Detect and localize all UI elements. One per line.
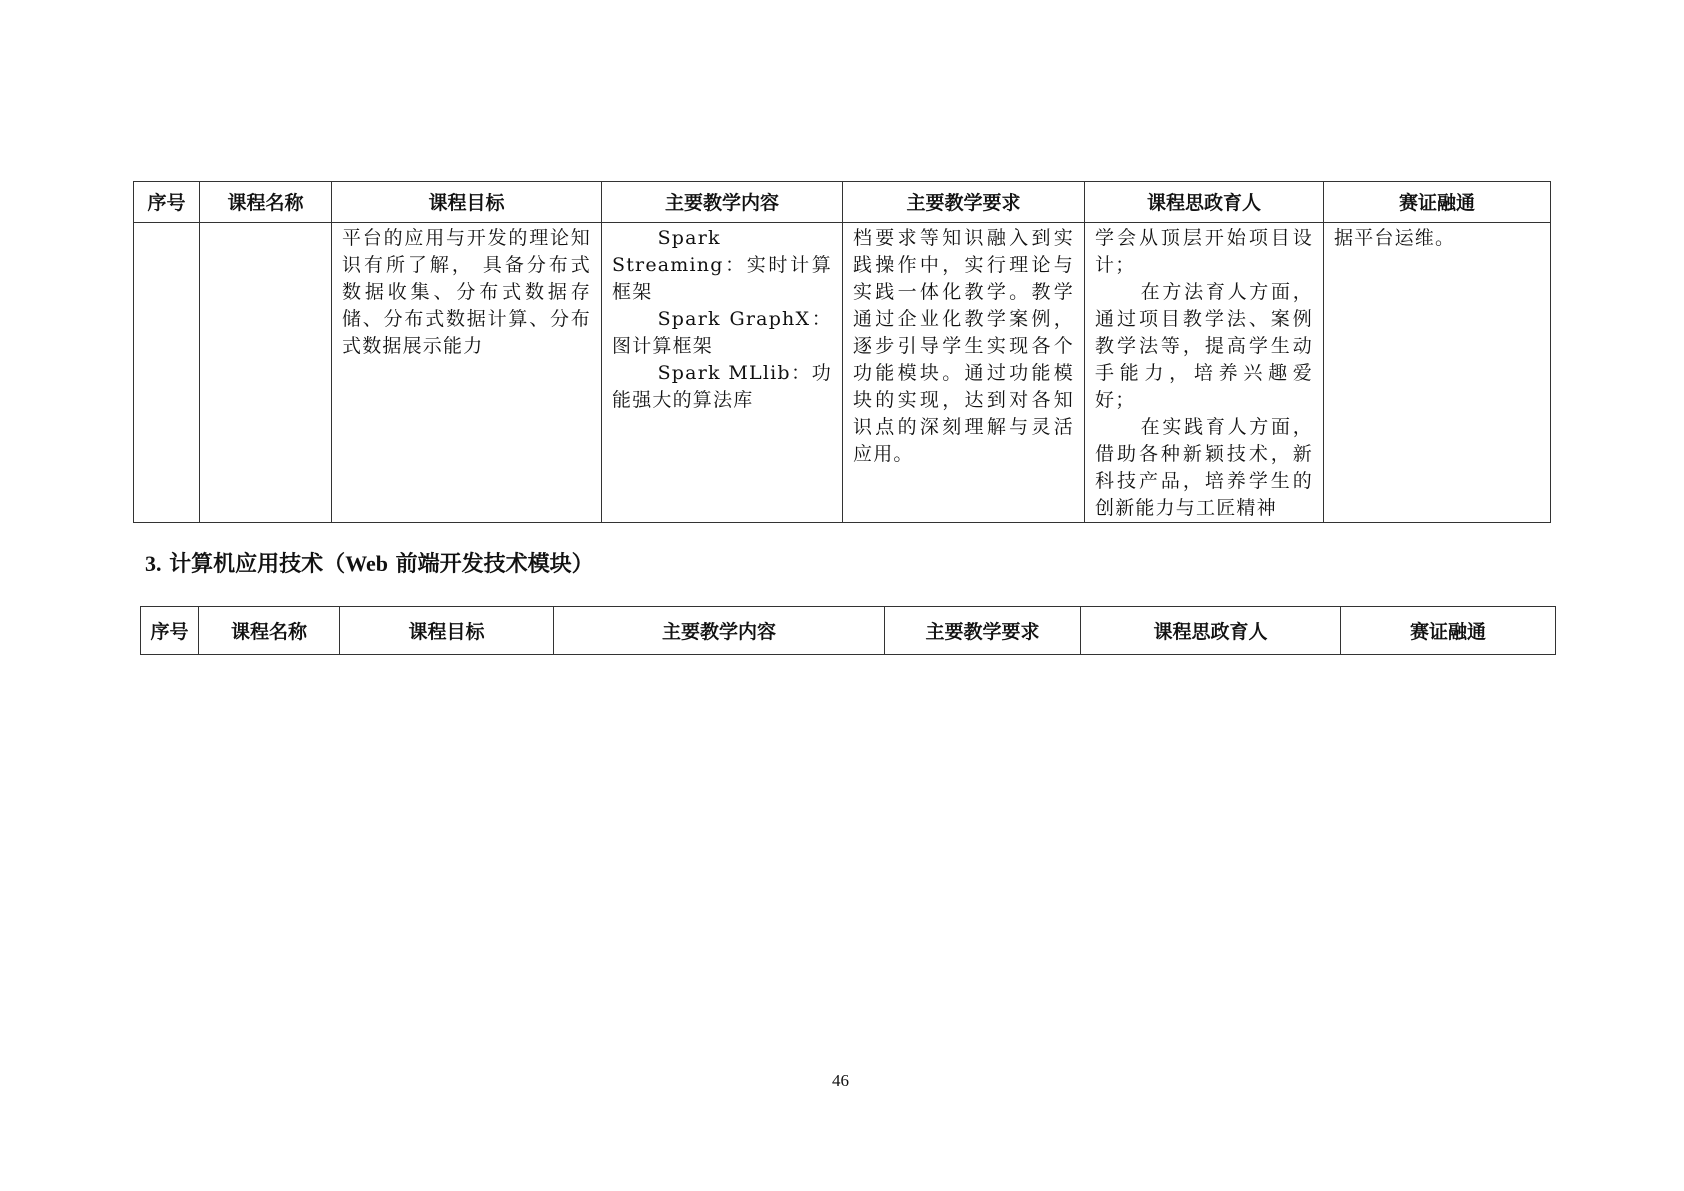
header-certification: 赛证融通 [1324,182,1551,223]
header-main-requirements: 主要教学要求 [843,182,1085,223]
cell-main-requirements: 档要求等知识融入到实践操作中，实行理论与实践一体化教学。教学通过企业化教学案例，… [843,223,1085,523]
course-table-web-frontend: 序号 课程名称 课程目标 主要教学内容 主要教学要求 课程思政育人 赛证融通 [140,606,1556,655]
cell-index [134,223,200,523]
header-course-name: 课程名称 [199,607,340,655]
table-header-row: 序号 课程名称 课程目标 主要教学内容 主要教学要求 课程思政育人 赛证融通 [134,182,1551,223]
header-course-goal: 课程目标 [340,607,554,655]
header-ideological: 课程思政育人 [1081,607,1341,655]
cell-course-name [200,223,332,523]
header-course-name: 课程名称 [200,182,332,223]
ideological-item: 学会从顶层开始项目设计； [1095,225,1313,279]
ideological-item: 在实践育人方面，借助各种新颖技术，新科技产品，培养学生的创新能力与工匠精神 [1095,414,1313,522]
ideological-item: 在方法育人方面，通过项目教学法、案例教学法等，提高学生动手能力，培养兴趣爱好； [1095,279,1313,414]
content-item: Spark MLlib：功能强大的算法库 [612,360,832,414]
header-ideological: 课程思政育人 [1085,182,1324,223]
cell-main-content: Spark Streaming：实时计算框架 Spark GraphX：图计算框… [602,223,843,523]
content-item: Spark GraphX：图计算框架 [612,306,832,360]
header-main-content: 主要教学内容 [602,182,843,223]
header-certification: 赛证融通 [1341,607,1556,655]
header-main-content: 主要教学内容 [554,607,885,655]
header-course-goal: 课程目标 [332,182,602,223]
cell-certification: 据平台运维。 [1324,223,1551,523]
cell-course-goal: 平台的应用与开发的理论知识有所了解， 具备分布式数据收集、分布式数据存储、分布式… [332,223,602,523]
table-row: 平台的应用与开发的理论知识有所了解， 具备分布式数据收集、分布式数据存储、分布式… [134,223,1551,523]
table-header-row: 序号 课程名称 课程目标 主要教学内容 主要教学要求 课程思政育人 赛证融通 [141,607,1556,655]
page-number: 46 [832,1071,849,1091]
course-table-continued: 序号 课程名称 课程目标 主要教学内容 主要教学要求 课程思政育人 赛证融通 平… [133,181,1551,523]
header-index: 序号 [141,607,199,655]
cell-ideological: 学会从顶层开始项目设计； 在方法育人方面，通过项目教学法、案例教学法等，提高学生… [1085,223,1324,523]
header-main-requirements: 主要教学要求 [885,607,1081,655]
header-index: 序号 [134,182,200,223]
section-heading: 3. 计算机应用技术（Web 前端开发技术模块） [145,547,594,578]
content-item: Spark Streaming：实时计算框架 [612,225,832,306]
